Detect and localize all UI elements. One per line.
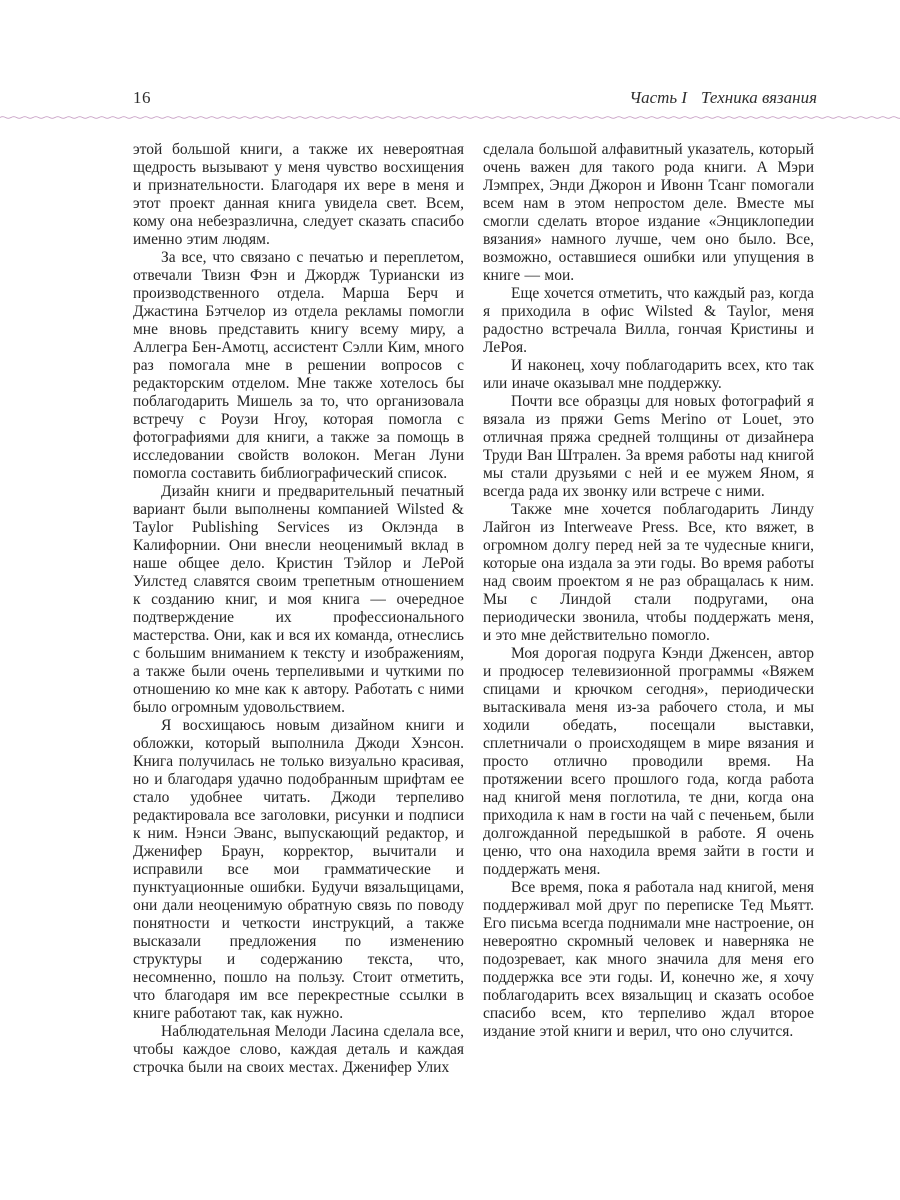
paragraph: Моя дорогая подруга Кэнди Дженсен, автор… (483, 645, 814, 879)
paragraph: Все время, пока я работала над книгой, м… (483, 879, 814, 1041)
wavy-divider-line (0, 113, 900, 122)
paragraph: Наблюдательная Мелоди Ласина сделала все… (133, 1023, 464, 1077)
paragraph: Я восхищаюсь новым дизайном книги и обло… (133, 717, 464, 1023)
part-title: Техника вязания (701, 88, 817, 107)
paragraph: Почти все образцы для новых фотографий я… (483, 393, 814, 501)
text-column-left: этой большой книги, а также их невероятн… (133, 141, 464, 1077)
part-label: Часть I (629, 88, 687, 107)
paragraph: сделала большой алфавитный указатель, ко… (483, 141, 814, 285)
text-columns: этой большой книги, а также их невероятн… (133, 141, 814, 1077)
running-title: Часть IТехника вязания (629, 88, 817, 108)
paragraph: этой большой книги, а также их невероятн… (133, 141, 464, 249)
page-number: 16 (133, 88, 151, 108)
paragraph: Дизайн книги и предварительный печатный … (133, 483, 464, 717)
paragraph: Еще хочется отметить, что каждый раз, ко… (483, 285, 814, 357)
paragraph: За все, что связано с печатью и переплет… (133, 249, 464, 483)
paragraph: Также мне хочется поблагодарить Линду Ла… (483, 501, 814, 645)
paragraph: И наконец, хочу поблагодарить всех, кто … (483, 357, 814, 393)
book-page: 16 Часть IТехника вязания этой большой к… (0, 0, 900, 1200)
text-column-right: сделала большой алфавитный указатель, ко… (483, 141, 814, 1077)
running-header: 16 Часть IТехника вязания (133, 88, 817, 108)
